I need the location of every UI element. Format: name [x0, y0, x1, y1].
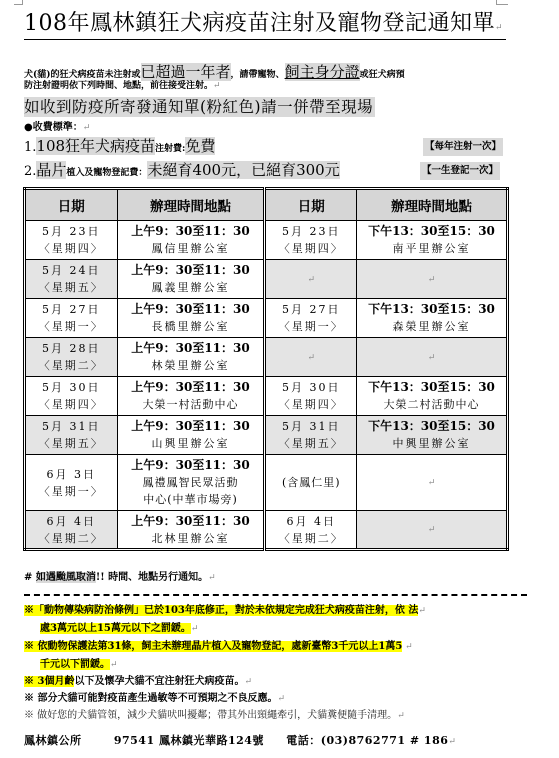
fee-chip-tag: 【一生登記一次】 [420, 162, 500, 180]
right-date-cell: 5月 23日〈星期四〉 [265, 221, 357, 260]
right-date-cell: 5月 31日〈星期五〉 [265, 416, 357, 455]
page-corner-mark-left [14, 0, 23, 5]
intro-highlight-id-card: 飼主身分證 [285, 63, 360, 81]
table-row: 6月 4日〈星期二〉 上午9：30至11：30北林里辦公室 6月 4日〈星期二〉… [25, 511, 508, 550]
typhoon-cancellation-note: # 如遇颱風取消!! 時間、地點另行通知。↵ [24, 571, 216, 585]
right-date-cell-empty: ↵ [265, 260, 357, 299]
right-date-cell-empty: ↵ [265, 338, 357, 377]
dashed-divider [24, 594, 527, 596]
right-time-place-cell: 下午13：30至15：30森榮里辦公室 [357, 299, 508, 338]
fee-vaccine-value: 免費 [185, 137, 215, 155]
left-date-cell: 6月 3日〈星期一〉 [25, 455, 118, 511]
right-date-cell: 5月 27日〈星期一〉 [265, 299, 357, 338]
schedule-header-row: 日期 辦理時間地點 日期 辦理時間地點 [25, 189, 508, 221]
footer-contact: 鳳林鎮公所 97541 鳳林鎮光華路124號 電話：(03)8762771 # … [24, 733, 534, 750]
footer-phone: 電話：(03)8762771 # 186 [286, 733, 448, 749]
left-time-place-cell: 上午9：30至11：30鳳義里辦公室 [117, 260, 265, 299]
header-date-right: 日期 [265, 189, 357, 221]
law-note-2: ※ 依動物保護法第31條，飼主未辦理晶片植入及寵物登記，處新臺幣3千元以上1萬5… [24, 638, 413, 656]
page-corner-mark-right [496, 0, 508, 5]
law-note-2-cont: 千元以下罰鍰。↵ [40, 656, 118, 674]
right-time-place-cell-empty: ↵ [357, 338, 508, 377]
left-date-cell: 5月 24日〈星期五〉 [25, 260, 118, 299]
right-time-place-cell-empty: ↵ [357, 511, 508, 550]
left-date-cell: 5月 27日〈星期一〉 [25, 299, 118, 338]
intro-text-3: 或狂犬病預 [360, 70, 405, 80]
right-date-cell: 6月 4日〈星期二〉 [265, 511, 357, 550]
left-date-cell: 5月 30日〈星期四〉 [25, 377, 118, 416]
left-time-place-cell: 上午9：30至11：30鳳禮鳳智民眾活動中心(中華市場旁) [117, 455, 265, 511]
fee-item-vaccine: 1.108狂年犬病疫苗注射費:免費 [24, 136, 215, 159]
right-time-place-cell: 下午13：30至15：30中興里辦公室 [357, 416, 508, 455]
table-row: 5月 30日〈星期四〉 上午9：30至11：30大榮一村活動中心 5月 30日〈… [25, 377, 508, 416]
right-time-place-cell: 下午13：30至15：30大榮二村活動中心 [357, 377, 508, 416]
left-time-place-cell: 上午9：30至11：30山興里辦公室 [117, 416, 265, 455]
fee-vaccine-tag: 【每年注射一次】 [423, 138, 503, 156]
fee-item-chip: 2.晶片植入及寵物登記費：未絕育400元，已絕育300元 [24, 160, 340, 183]
right-time-place-cell: 下午13：30至15：30南平里辦公室 [357, 221, 508, 260]
pink-notice-reminder: 如收到防疫所寄發通知單(粉紅色)請一併帶至現場 [24, 97, 375, 117]
intro-line-2: 防注射證明依下列時間、地點，前往接受注射。↵ [24, 79, 221, 93]
left-date-cell: 5月 31日〈星期五〉 [25, 416, 118, 455]
left-time-place-cell: 上午9：30至11：30鳳信里辦公室 [117, 221, 265, 260]
fee-vaccine-highlight: 108狂年犬病疫苗 [36, 137, 155, 155]
table-row: 5月 23日〈星期四〉 上午9：30至11：30鳳信里辦公室 5月 23日〈星期… [25, 221, 508, 260]
header-time-place-left: 辦理時間地點 [117, 189, 265, 221]
left-time-place-cell: 上午9：30至11：30林榮里辦公室 [117, 338, 265, 377]
table-row: 6月 3日〈星期一〉 上午9：30至11：30鳳禮鳳智民眾活動中心(中華市場旁)… [25, 455, 508, 511]
footer-address: 97541 鳳林鎮光華路124號 [114, 733, 264, 749]
typhoon-highlight: 如遇颱風取消 [36, 572, 96, 583]
right-date-cell: 5月 30日〈星期四〉 [265, 377, 357, 416]
document-title: 108年鳳林鎮狂犬病疫苗注射及寵物登記通知單↵ [24, 10, 506, 40]
fee-heading: ●收費標準：↵ [24, 121, 90, 135]
left-time-place-cell: 上午9：30至11：30長橋里辦公室 [117, 299, 265, 338]
left-date-cell: 5月 23日〈星期四〉 [25, 221, 118, 260]
table-row: 5月 27日〈星期一〉 上午9：30至11：30長橋里辦公室 5月 27日〈星期… [25, 299, 508, 338]
schedule-table: 日期 辦理時間地點 日期 辦理時間地點 5月 23日〈星期四〉 上午9：30至1… [23, 187, 509, 551]
left-date-cell: 6月 4日〈星期二〉 [25, 511, 118, 550]
fee-chip-highlight: 晶片 [36, 161, 66, 179]
table-row: 5月 31日〈星期五〉 上午9：30至11：30山興里辦公室 5月 31日〈星期… [25, 416, 508, 455]
left-date-cell: 5月 28日〈星期二〉 [25, 338, 118, 377]
left-time-place-cell: 上午9：30至11：30北林里辦公室 [117, 511, 265, 550]
right-time-place-cell-empty: ↵ [357, 260, 508, 299]
header-date-left: 日期 [25, 189, 118, 221]
table-row: 5月 24日〈星期五〉 上午9：30至11：30鳳義里辦公室 ↵ ↵ [25, 260, 508, 299]
note-allergy-warning: ※ 部分犬貓可能對疫苗產生過敏等不可預期之不良反應。↵ [24, 690, 285, 708]
right-time-place-cell-empty: ↵ [357, 455, 508, 511]
right-date-cell: (含鳳仁里) [265, 455, 357, 511]
table-row: 5月 28日〈星期二〉 上午9：30至11：30林榮里辦公室 ↵ ↵ [25, 338, 508, 377]
header-time-place-right: 辦理時間地點 [357, 189, 508, 221]
intro-text-2: ，請帶寵物、 [231, 70, 285, 80]
law-note-1-cont: 處3萬元以上15萬元以下之罰鍰。↵ [40, 620, 198, 638]
fee-chip-value: 未絕育400元，已絕育300元 [147, 161, 339, 179]
note-pet-management: ※ 做好您的犬貓管領，減少犬貓吠叫擾鄰；帶其外出頸繩牽引，犬貓糞便隨手清理。↵ [24, 707, 405, 725]
left-time-place-cell: 上午9：30至11：30大榮一村活動中心 [117, 377, 265, 416]
footer-office: 鳳林鎮公所 [24, 733, 82, 749]
law-note-1: ※「動物傳染病防治條例」已於103年底修正，對於未依規定完成狂犬病疫苗注射，依 … [24, 602, 426, 620]
note-age-restriction: ※ 3個月齡以下及懷孕犬貓不宜注射狂犬病疫苗。↵ [24, 673, 252, 691]
